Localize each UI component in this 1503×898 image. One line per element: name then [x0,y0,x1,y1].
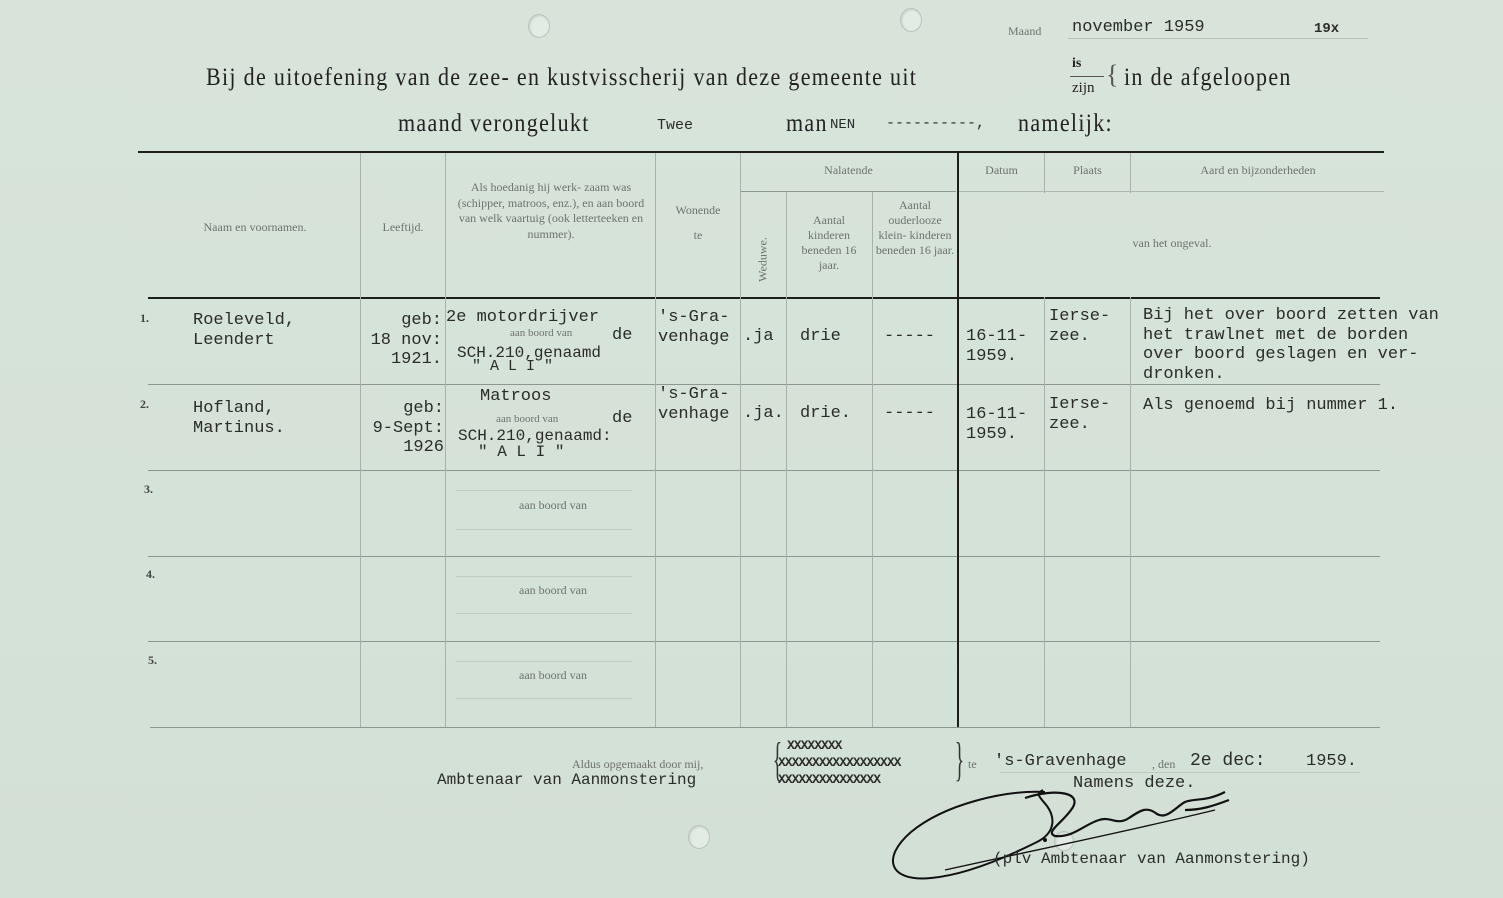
signature-icon [885,780,1245,890]
datum-cell: 16-11- 1959. [966,327,1027,366]
header-hoedanig: Als hoedanig hij werk- zaam was (schippe… [456,180,646,242]
col-divider [740,153,741,727]
row-number: 3. [144,482,153,497]
header-kleinkinderen: Aantal ouderlooze klein- kinderen benede… [874,198,956,258]
plaats-cell: Ierse- zee. [1049,307,1110,346]
aan-boord-label: aan boord van [450,668,656,683]
punch-hole [900,8,922,32]
header-plaats: Plaats [1045,163,1130,178]
row-divider [148,470,1380,471]
aan-boord-label: aan boord van [450,583,656,598]
crossed-out-line-3: XXXXXXXXXXXXXXX [778,772,880,788]
year-suffix: 19x [1314,20,1339,40]
de-typed: de [612,409,632,429]
row-number: 2. [140,397,149,412]
document-page: Maand november 1959 19x Bij de uitoefeni… [0,0,1503,898]
header-nalatende: Nalatende [741,163,956,178]
row-divider [148,556,1380,557]
schipnaam-cell: " A L I " [478,443,564,463]
col-divider [445,153,446,727]
dashes: ----------, [886,114,985,134]
field-line [456,698,632,699]
aldus-label: Aldus opgemaakt door mij, [572,757,703,772]
rang-cell: 2e motordrijver [446,308,599,328]
maand-underline [1068,38,1368,39]
aard-cell: Als genoemd bij nummer 1. [1143,396,1398,416]
ambtenaar-typed: Ambtenaar van Aanmonstering [437,771,696,791]
nalatende-divider [740,191,956,192]
header-line-1-end: in de afgeloopen [1124,64,1292,92]
header-line-1: Bij de uitoefening van de zee- en kustvi… [206,64,917,92]
aan-boord-label: aan boord van [496,412,558,427]
wonende-cell: 's-Gra- venhage [658,385,729,424]
den-label: , den [1152,757,1175,772]
choice-top: is [1072,56,1081,72]
table-bottom-border [150,727,1380,728]
naam-cell: Hofland, Martinus. [193,399,285,438]
header-aard: Aard en bijzonderheden [1131,163,1385,178]
place-typed: 's-Gravenhage [994,752,1127,772]
man-label: man [786,110,828,138]
row-divider [148,641,1380,642]
punch-hole [528,14,550,38]
col-divider [1130,297,1131,727]
wonende-cell: 's-Gra- venhage [658,308,729,347]
header-bottom-border [148,297,1380,299]
field-line [456,661,632,662]
header-weduwe: Weduwe. [756,225,771,295]
col-divider [1044,297,1045,727]
weduwe-cell: .ja. [743,404,784,424]
maand-value: november 1959 [1072,18,1205,38]
col-divider [786,192,787,727]
header-wonende-te: te [656,228,740,243]
header-datum: Datum [959,163,1044,178]
count-typed: Twee [657,116,693,136]
choice-divider [1070,76,1104,77]
weduwe-cell: .ja [743,327,774,347]
row-number: 1. [140,311,149,326]
row-divider [148,384,1380,385]
datum-cell: 16-11- 1959. [966,405,1027,444]
header-wonende: Wonende [656,203,740,218]
plaats-cell: Ierse- zee. [1049,395,1110,434]
row-number: 4. [146,567,155,582]
choice-brace: { [1106,60,1118,90]
col-divider [872,192,873,727]
namelijk-label: namelijk: [1018,110,1113,138]
choice-bottom: zijn [1072,80,1095,97]
row-number: 5. [148,653,157,668]
date-typed: 2e dec: [1190,752,1266,772]
rang-cell: Matroos [480,387,551,407]
aan-boord-label: aan boord van [510,326,572,341]
man-suffix: NEN [830,116,855,136]
schipnaam-cell: " A L I " [472,357,553,377]
header-aard-sub: van het ongeval. [959,236,1385,251]
year-typed: 1959. [1306,752,1357,772]
right-brace: } [955,734,964,786]
field-line [456,529,632,530]
kleinkinderen-cell: ----- [884,404,935,424]
crossed-out-line-1: XXXXXXXX [787,738,841,754]
header-kinderen: Aantal kinderen beneden 16 jaar. [792,213,866,273]
col-divider [360,153,361,727]
place-date-underline [1000,772,1360,773]
aard-cell: Bij het over boord zetten van het trawln… [1143,306,1439,384]
kinderen-cell: drie. [800,404,851,424]
header-naam: Naam en voornamen. [150,220,360,235]
te-label: te [968,757,977,772]
plv-typed: (plv Ambtenaar van Aanmonstering) [993,850,1310,870]
header-line-2: maand verongelukt [398,110,590,138]
maand-label: Maand [1008,24,1041,39]
punch-hole [688,825,710,849]
header-leeftijd: Leeftijd. [361,220,445,235]
kleinkinderen-cell: ----- [884,327,935,347]
de-typed: de [612,326,632,346]
crossed-out-line-2: XXXXXXXXXXXXXXXXXX [778,755,900,771]
aard-divider [958,191,1384,192]
aan-boord-label: aan boord van [450,498,656,513]
leeftijd-cell: geb: 18 nov: 1921. [362,311,442,370]
naam-cell: Roeleveld, Leendert [193,311,295,350]
kinderen-cell: drie [800,327,841,347]
field-line [456,576,632,577]
field-line [456,490,632,491]
field-line [456,613,632,614]
leeftijd-cell: geb: 9-Sept: 1926 [362,399,444,458]
table-top-border [138,151,1384,153]
